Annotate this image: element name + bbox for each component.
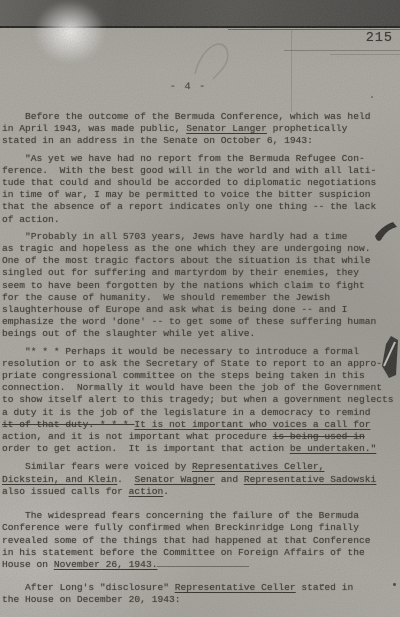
- text-segment: for the cause of humanity. We should rem…: [2, 292, 330, 303]
- ink-speck: [371, 96, 373, 98]
- text-segment: House on: [2, 559, 54, 570]
- text-segment: After Long's "disclosure": [2, 582, 175, 593]
- page-heading: - 4 -: [0, 81, 376, 93]
- pencil-squiggle-mark: [193, 26, 237, 80]
- text-segment: of action.: [2, 214, 60, 225]
- ink-speck: [393, 583, 396, 586]
- pen-underlined-text: Representative Sadowski: [244, 474, 376, 485]
- text-segment: singled out for suffering and martyrdom …: [2, 267, 359, 278]
- text-line: the House on December 20, 1943:: [2, 594, 400, 606]
- text-line: in time of war, I may be permitted to vo…: [2, 189, 400, 201]
- text-line: action, and it is not important what pro…: [2, 431, 400, 443]
- scan-edge-line-artifact: [228, 29, 400, 30]
- paragraph: "Probably in all 5703 years, Jews have h…: [2, 231, 400, 341]
- pen-struck-text: is being used in: [273, 431, 365, 442]
- text-line: "* * * Perhaps it would be necessary to …: [2, 346, 400, 358]
- text-line: in April 1943, was made public, Senator …: [2, 123, 400, 135]
- text-segment: in time of war, I may be permitted to vo…: [2, 189, 370, 200]
- text-segment: Before the outcome of the Bermuda Confer…: [2, 111, 370, 122]
- text-segment: slaughterhouse of Europe and ask what is…: [2, 304, 347, 315]
- page-number: 215: [366, 31, 393, 46]
- pen-underlined-text: Senator Wagner: [134, 474, 215, 485]
- text-line: also issued calls for action.: [2, 486, 400, 498]
- text-segment: in April 1943, was made public,: [2, 123, 186, 134]
- paragraph: The widespread fears concerning the fail…: [2, 510, 400, 571]
- text-line: priate congressional committee on the st…: [2, 370, 400, 382]
- text-line: The widespread fears concerning the fail…: [2, 510, 400, 522]
- text-line: of action.: [2, 214, 400, 226]
- ruled-line-artifact: [284, 50, 400, 51]
- text-line: Dickstein, and Klein. Senator Wagner and…: [2, 474, 400, 486]
- paragraph: "* * * Perhaps it would be necessary to …: [2, 346, 400, 456]
- text-line: singled out for suffering and martyrdom …: [2, 267, 400, 279]
- pen-line: [157, 563, 249, 567]
- text-line: connection. Normally it would have been …: [2, 382, 400, 394]
- ruled-line-artifact: [330, 54, 400, 55]
- pen-underlined-text: November 26, 1943.: [54, 559, 158, 570]
- text-segment: in his statement before the Committee on…: [2, 547, 365, 558]
- text-segment: emphasize the word 'done' -- to get some…: [2, 316, 376, 327]
- text-line: "As yet we have had no report from the B…: [2, 153, 400, 165]
- text-line: revealed some of the things that had hap…: [2, 535, 400, 547]
- text-segment: a duty it is the job of the legislature …: [2, 407, 370, 418]
- text-segment: "* * * Perhaps it would be necessary to …: [2, 346, 359, 357]
- pen-struck-text: it of that duty. * * *: [2, 419, 134, 430]
- pen-underlined-text: Representative Celler: [175, 582, 296, 593]
- text-segment: also issued calls for: [2, 486, 129, 497]
- text-line: "Probably in all 5703 years, Jews have h…: [2, 231, 400, 243]
- paragraph: Before the outcome of the Bermuda Confer…: [2, 111, 400, 148]
- text-line: order to get action. It is important tha…: [2, 443, 400, 455]
- text-line: for the cause of humanity. We should rem…: [2, 292, 400, 304]
- text-line: that the absence of a report indicates o…: [2, 201, 400, 213]
- text-line: Conference were fully confirmed when Bre…: [2, 522, 400, 534]
- text-segment: The widespread fears concerning the fail…: [2, 510, 359, 521]
- text-line: House on November 26, 1943.: [2, 559, 400, 571]
- text-segment: .: [163, 486, 169, 497]
- text-segment: .: [117, 474, 134, 485]
- text-line: One of the most tragic factors about the…: [2, 255, 400, 267]
- text-segment: the House on December 20, 1943:: [2, 594, 180, 605]
- scan-light-glare: [34, 0, 106, 84]
- text-line: to show itself alert to this tragedy; bu…: [2, 394, 400, 406]
- text-line: slaughterhouse of Europe and ask what is…: [2, 304, 400, 316]
- text-segment: stated in: [296, 582, 354, 593]
- text-segment: beings out of the slaughter while yet al…: [2, 328, 255, 339]
- text-segment: action, and it is not important what pro…: [2, 431, 273, 442]
- pen-underlined-text: It is not important who voices a call fo…: [134, 419, 370, 430]
- text-segment: Similar fears were voiced by: [2, 461, 192, 472]
- text-segment: "Probably in all 5703 years, Jews have h…: [2, 231, 347, 242]
- text-segment: as tragic and hopeless as the one which …: [2, 243, 370, 254]
- text-segment: resolution or to ask the Secretary of St…: [2, 358, 382, 369]
- ink-speck: [322, 584, 324, 586]
- pen-underlined-text: Representatives Celler,: [192, 461, 324, 472]
- pen-underlined-text: action: [129, 486, 164, 497]
- text-line: stated in an address in the Senate on Oc…: [2, 135, 400, 147]
- text-line: Before the outcome of the Bermuda Confer…: [2, 111, 400, 123]
- text-segment: Conference were fully confirmed when Bre…: [2, 522, 359, 533]
- paragraph: Similar fears were voiced by Representat…: [2, 461, 400, 498]
- text-line: a duty it is the job of the legislature …: [2, 407, 400, 419]
- text-segment: connection. Normally it would have been …: [2, 382, 382, 393]
- document-text: Before the outcome of the Bermuda Confer…: [2, 111, 400, 607]
- text-segment: order to get action. It is important tha…: [2, 443, 290, 454]
- text-segment: One of the most tragic factors about the…: [2, 255, 370, 266]
- text-line: resolution or to ask the Secretary of St…: [2, 358, 400, 370]
- text-line: ference. With the best good will in the …: [2, 165, 400, 177]
- text-line: beings out of the slaughter while yet al…: [2, 328, 400, 340]
- text-line: After Long's "disclosure" Representative…: [2, 582, 400, 594]
- text-line: emphasize the word 'done' -- to get some…: [2, 316, 400, 328]
- text-segment: and: [215, 474, 244, 485]
- text-segment: prophetically: [267, 123, 348, 134]
- paragraph: "As yet we have had no report from the B…: [2, 153, 400, 226]
- pen-underlined-text: be undertaken.": [290, 443, 376, 454]
- text-line: seem to have been forgotten by the natio…: [2, 280, 400, 292]
- text-line: Similar fears were voiced by Representat…: [2, 461, 400, 473]
- pen-underlined-text: Senator Langer: [186, 123, 267, 134]
- vertical-line-artifact: [291, 30, 292, 112]
- text-line: in his statement before the Committee on…: [2, 547, 400, 559]
- text-segment: "As yet we have had no report from the B…: [2, 153, 365, 164]
- text-segment: priate congressional committee on the st…: [2, 370, 365, 381]
- scanned-document-page: 215 - 4 - Before the outcome of the Berm…: [0, 0, 400, 617]
- text-segment: that the absence of a report indicates o…: [2, 201, 376, 212]
- text-segment: to show itself alert to this tragedy; bu…: [2, 394, 394, 405]
- text-segment: stated in an address in the Senate on Oc…: [2, 135, 313, 146]
- paragraph: After Long's "disclosure" Representative…: [2, 582, 400, 606]
- text-segment: revealed some of the things that had hap…: [2, 535, 370, 546]
- text-segment: ference. With the best good will in the …: [2, 165, 376, 176]
- pen-underlined-text: Dickstein, and Klein: [2, 474, 117, 485]
- text-line: tude that could and should be accorded t…: [2, 177, 400, 189]
- text-line: as tragic and hopeless as the one which …: [2, 243, 400, 255]
- text-line: it of that duty. * * * It is not importa…: [2, 419, 400, 431]
- text-segment: tude that could and should be accorded t…: [2, 177, 376, 188]
- text-segment: seem to have been forgotten by the natio…: [2, 280, 365, 291]
